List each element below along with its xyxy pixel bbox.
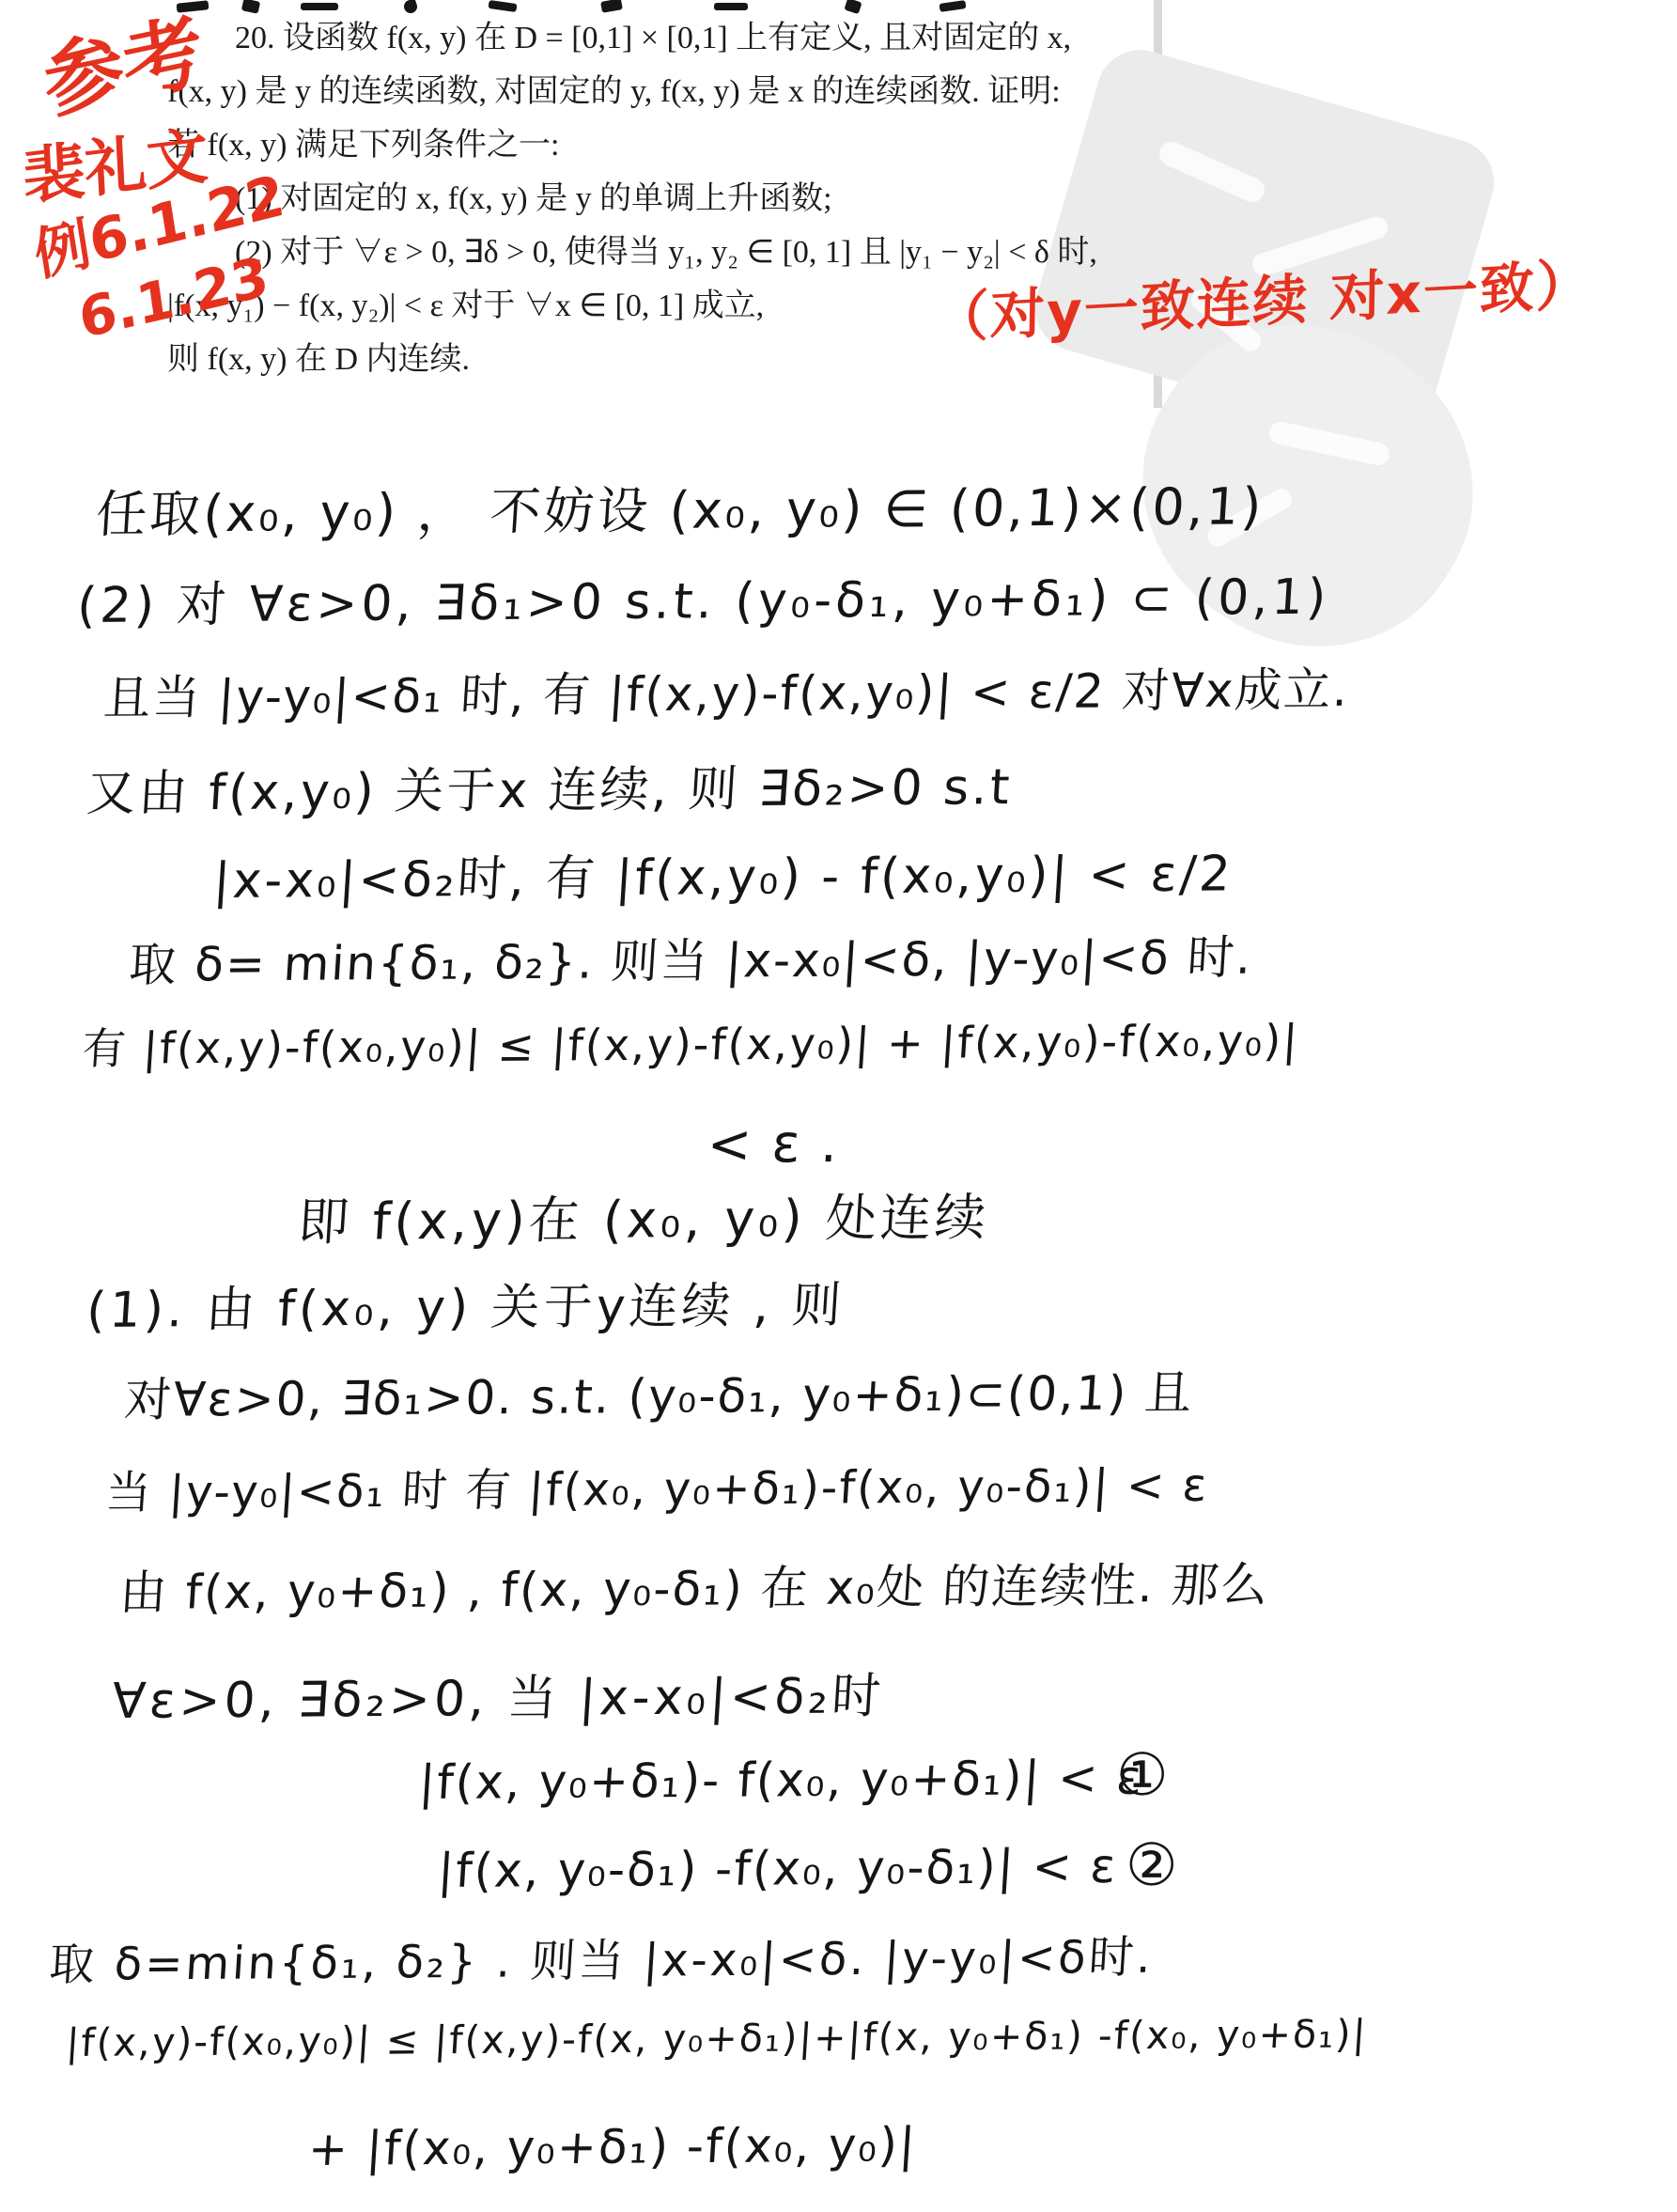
solution-line: 即 f(x,y)在 (x₀, y₀) 处连续 [296,1177,992,1254]
printed-line: f(x, y) 是 y 的连续函数, 对固定的 y, f(x, y) 是 x 的… [167,65,1191,118]
solution-line: 且当 |y-y₀|<δ₁ 时, 有 |f(x,y)-f(x,y₀)| < ε/2… [101,652,1351,728]
solution-line: (1). 由 f(x₀, y) 关于y连续 , 则 [85,1265,847,1341]
solution-line: 对∀ε>0, ∃δ₁>0. s.t. (y₀-δ₁, y₀+δ₁)⊂(0,1) … [122,1355,1195,1430]
cutoff-stroke [939,0,967,12]
cutoff-stroke [301,3,338,10]
solution-line: 当 |y-y₀|<δ₁ 时 有 |f(x₀, y₀+δ₁)-f(x₀, y₀-δ… [104,1449,1211,1521]
scanned-notes-page: 20. 设函数 f(x, y) 在 D = [0,1] × [0,1] 上有定义… [0,0,1677,2212]
solution-line: |x-x₀|<δ₂时, 有 |f(x,y₀) - f(x₀,y₀)| < ε/2 [211,833,1235,911]
solution-line: 又由 f(x,y₀) 关于x 连续, 则 ∃δ₂>0 s.t [85,747,1015,824]
solution-line: 取 δ=min{δ₁, δ₂} . 则当 |x-x₀|<δ. |y-y₀|<δ时… [48,1921,1157,1993]
solution-line: + |f(x₀, y₀+δ₁) -f(x₀, y₀)| [306,2117,918,2176]
solution-line: 由 f(x, y₀+δ₁) , f(x, y₀-δ₁) 在 x₀处 的连续性. … [117,1547,1271,1623]
solution-line: |f(x,y)-f(x₀,y₀)| ≤ |f(x,y)-f(x, y₀+δ₁)|… [65,2011,1369,2065]
printed-line: 若 f(x, y) 满足下列条件之一: [167,118,1191,172]
equation-number-circle-2: ② [1126,1830,1178,1899]
solution-line: < ε . [706,1114,842,1176]
solution-line: ∀ε>0, ∃δ₂>0, 当 |x-x₀|<δ₂时 [110,1656,887,1732]
solution-line: |f(x, y₀-δ₁) -f(x₀, y₀-δ₁)| < ε [436,1839,1119,1898]
cutoff-stroke [714,3,748,10]
equation-number-circle-1: ① [1116,1740,1169,1809]
solution-line: |f(x, y₀+δ₁)- f(x₀, y₀+δ₁)| < ε [417,1751,1145,1810]
solution-line: 取 δ= min{δ₁, δ₂}. 则当 |x-x₀|<δ, |y-y₀|<δ … [127,920,1255,995]
solution-line: 有 |f(x,y)-f(x₀,y₀)| ≤ |f(x,y)-f(x,y₀)| +… [81,1006,1301,1077]
solution-line: 任取(x₀, y₀) ， 不妨设 (x₀, y₀) ∈ (0,1)×(0,1) [94,466,1266,547]
printed-line: 20. 设函数 f(x, y) 在 D = [0,1] × [0,1] 上有定义… [167,11,1191,65]
solution-line: (2) 对 ∀ε>0, ∃δ₁>0 s.t. (y₀-δ₁, y₀+δ₁) ⊂ … [75,557,1332,636]
printed-line: (1) 对固定的 x, f(x, y) 是 y 的单调上升函数; [167,172,1191,226]
